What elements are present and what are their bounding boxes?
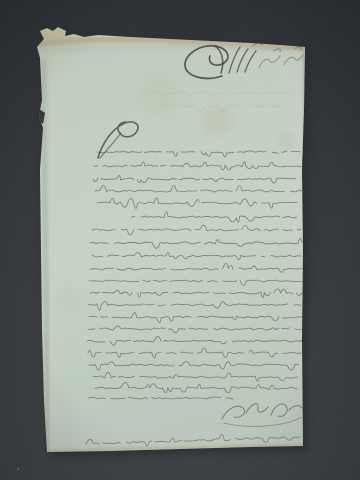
photo-grain bbox=[0, 0, 360, 480]
manuscript-photo bbox=[0, 0, 360, 480]
photo-svg bbox=[0, 0, 360, 480]
